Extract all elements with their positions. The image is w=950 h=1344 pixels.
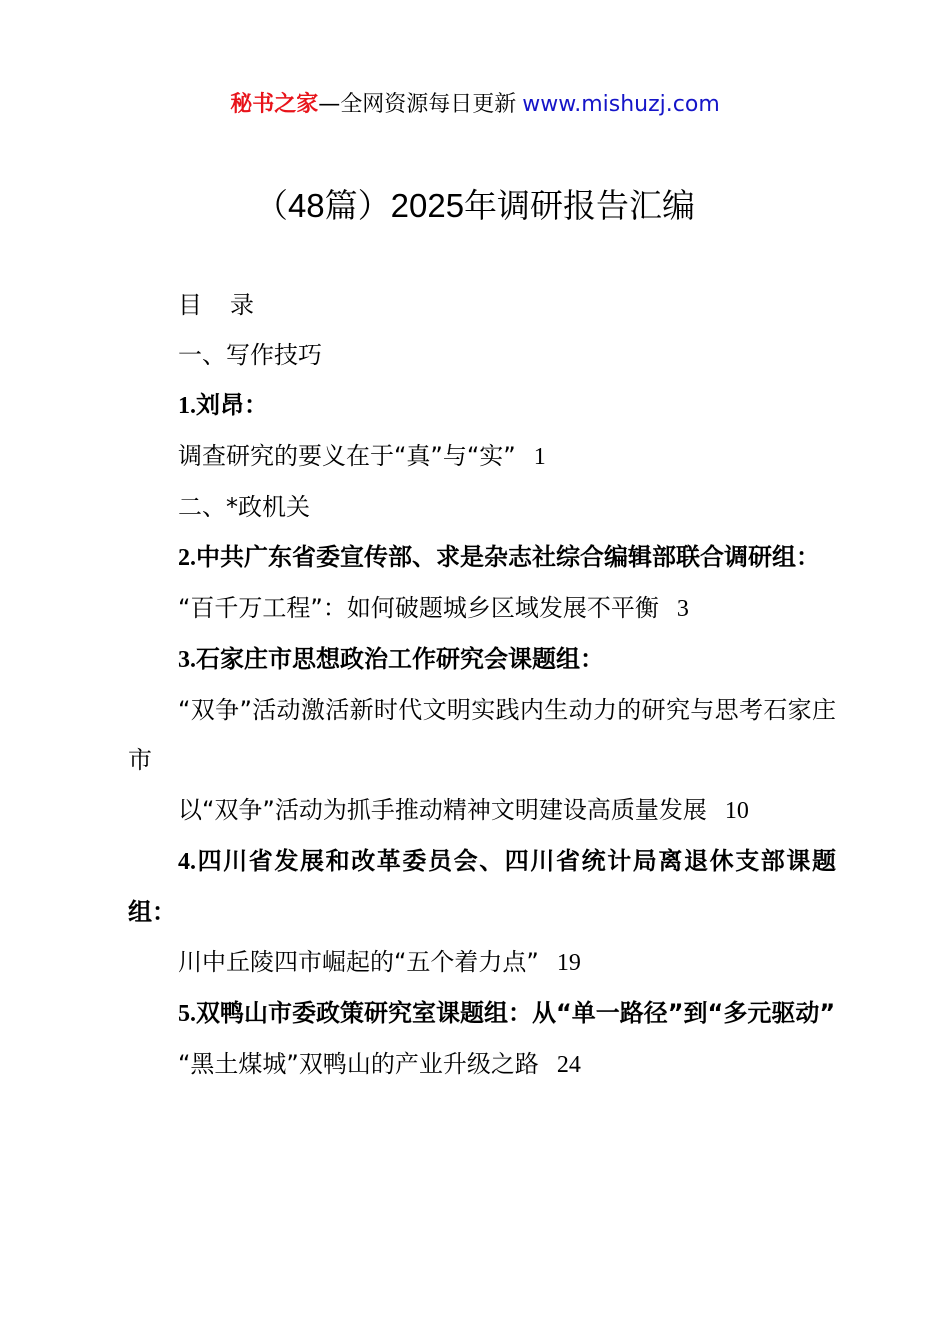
entry-title: 调查研究的要义在于“真”与“实”: [178, 442, 516, 470]
entry-title: “百千万工程”：如何破题城乡区域发展不平衡: [178, 594, 659, 622]
toc-entry-link[interactable]: “百千万工程”：如何破题城乡区域发展不平衡3: [128, 583, 836, 634]
section-heading-2: 二、*政机关: [128, 482, 836, 532]
toc-entry-link[interactable]: 调查研究的要义在于“真”与“实”1: [128, 431, 836, 482]
site-url-link[interactable]: www.mishuzj.com: [522, 92, 719, 117]
banner-tagline: —全网资源每日更新: [318, 92, 516, 117]
entry-number: 4.: [178, 849, 196, 875]
entry-number: 1.: [178, 393, 196, 419]
toc-entry-author: 3.石家庄市思想政治工作研究会课题组：: [128, 634, 836, 685]
entry-author: 石家庄市思想政治工作研究会课题组：: [196, 645, 604, 673]
toc-entry-link[interactable]: 以“双争”活动为抓手推动精神文明建设高质量发展10: [128, 785, 836, 836]
toc-heading: 目录: [128, 280, 836, 330]
entry-title: 川中丘陵四市崛起的“五个着力点”: [178, 948, 539, 976]
site-banner: 秘书之家—全网资源每日更新www.mishuzj.com: [0, 88, 950, 122]
toc-entry-title: “双争”活动激活新时代文明实践内生动力的研究与思考石家庄市: [128, 685, 836, 785]
entry-author: 刘昂：: [196, 391, 268, 419]
toc-entry-link[interactable]: “黑土煤城”双鸭山的产业升级之路24: [128, 1039, 836, 1090]
document-page: 秘书之家—全网资源每日更新www.mishuzj.com （48篇）2025年调…: [0, 0, 950, 1344]
toc-entry-author: 2.中共广东省委宣传部、求是杂志社综合编辑部联合调研组：: [128, 532, 836, 583]
entry-page-number: 19: [557, 950, 581, 976]
entry-number: 2.: [178, 545, 196, 571]
entry-subtitle: 以“双争”活动为抓手推动精神文明建设高质量发展: [178, 796, 707, 824]
entry-page-number: 10: [725, 798, 749, 824]
toc-entry-link[interactable]: 川中丘陵四市崛起的“五个着力点”19: [128, 937, 836, 988]
document-title: （48篇）2025年调研报告汇编: [0, 182, 950, 230]
entry-page-number: 24: [557, 1052, 581, 1078]
entry-author: 中共广东省委宣传部、求是杂志社综合编辑部联合调研组：: [196, 543, 820, 571]
entry-page-number: 1: [534, 444, 546, 470]
section-heading-1: 一、写作技巧: [128, 330, 836, 380]
entry-title: “黑土煤城”双鸭山的产业升级之路: [178, 1050, 539, 1078]
entry-author: 四川省发展和改革委员会、四川省统计局离退休支部课题组：: [128, 847, 836, 926]
toc-entry-author: 5.双鸭山市委政策研究室课题组：从“单一路径”到“多元驱动”: [128, 988, 836, 1039]
entry-number: 5.: [178, 1001, 196, 1027]
brand-name: 秘书之家: [230, 92, 318, 117]
entry-page-number: 3: [677, 596, 689, 622]
entry-author: 双鸭山市委政策研究室课题组：从“单一路径”到“多元驱动”: [196, 999, 835, 1027]
toc-entry-author: 4.四川省发展和改革委员会、四川省统计局离退休支部课题组：: [128, 836, 836, 937]
entry-number: 3.: [178, 647, 196, 673]
table-of-contents: 目录 一、写作技巧 1.刘昂： 调查研究的要义在于“真”与“实”1 二、*政机关…: [128, 280, 836, 1090]
toc-entry-author: 1.刘昂：: [128, 380, 836, 431]
